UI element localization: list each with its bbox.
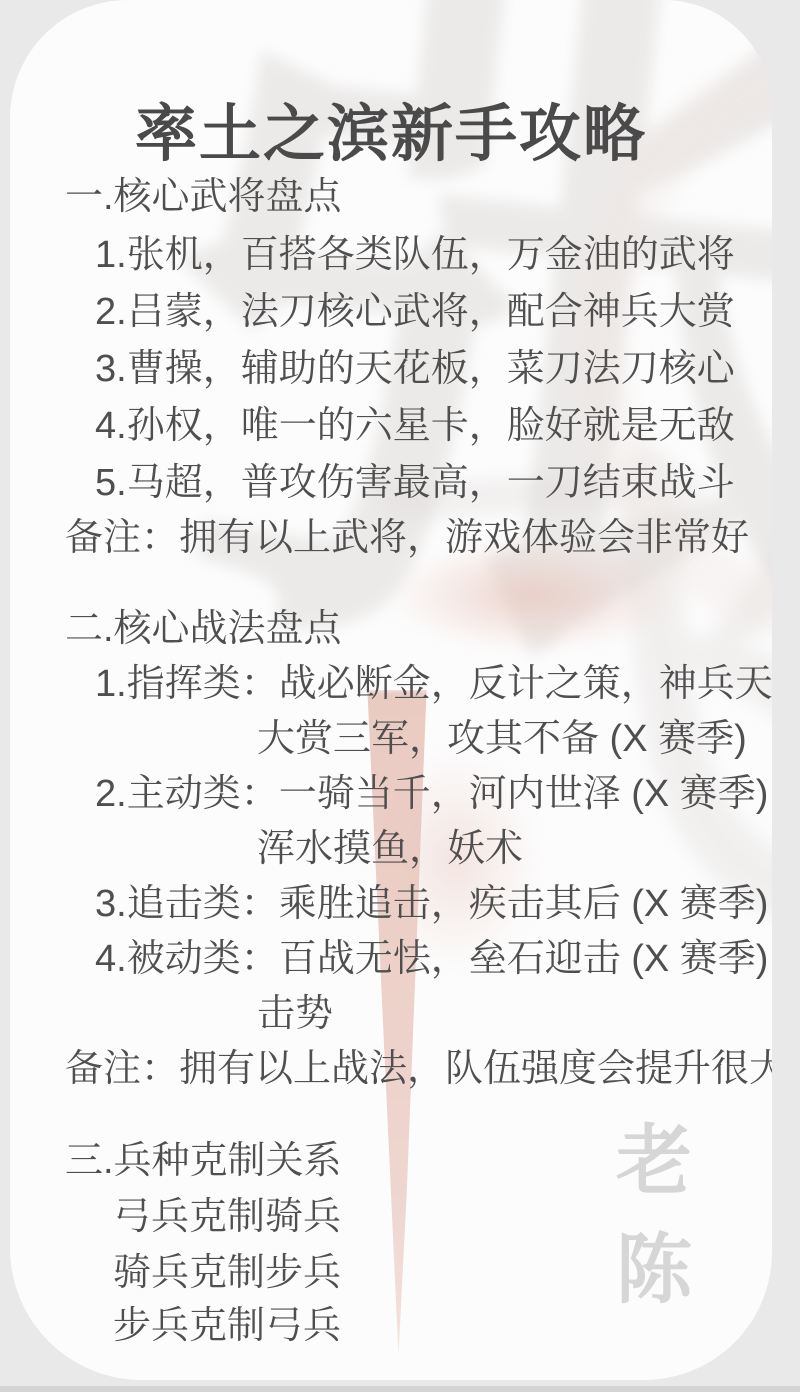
tactic-item: 4.被动类：百战无怯，垒石迎击 (X 赛季): [95, 936, 768, 982]
tactic-item-continuation: 大赏三军，攻其不备 (X 赛季): [257, 716, 747, 762]
section2-note: 备注：拥有以上战法，队伍强度会提升很大: [65, 1046, 772, 1092]
general-item: 1.张机，百搭各类队伍，万金油的武将: [95, 232, 735, 278]
general-item: 5.马超，普攻伤害最高，一刀结束战斗: [95, 460, 735, 506]
tactic-item: 1.指挥类：战必断金，反计之策，神兵天降: [95, 661, 772, 707]
tactic-item-continuation: 击势: [257, 991, 333, 1037]
tactic-item-continuation: 浑水摸鱼，妖术: [257, 826, 523, 872]
counter-item: 弓兵克制骑兵: [113, 1194, 341, 1240]
general-item: 2.吕蒙，法刀核心武将，配合神兵大赏: [95, 289, 735, 335]
content-card: 张 飞 老陈 率土之滨新手攻略 一.核心武将盘点 1.张机，百搭各类队伍，万金油…: [10, 0, 772, 1380]
section2-heading: 二.核心战法盘点: [65, 606, 342, 652]
counter-item: 步兵克制弓兵: [113, 1303, 341, 1349]
general-item: 4.孙权，唯一的六星卡，脸好就是无敌: [95, 403, 735, 449]
page-title: 率土之滨新手攻略: [10, 84, 772, 173]
section1-heading: 一.核心武将盘点: [65, 174, 342, 220]
section1-note: 备注：拥有以上武将，游戏体验会非常好: [65, 515, 749, 561]
counter-item: 骑兵克制步兵: [113, 1250, 341, 1296]
section3-heading: 三.兵种克制关系: [65, 1138, 342, 1184]
tactic-item: 2.主动类：一骑当千，河内世泽 (X 赛季): [95, 771, 768, 817]
bottom-edge-strip: [0, 1386, 800, 1392]
author-watermark: 老陈: [616, 1100, 772, 1318]
guide-image: 张 飞 老陈 率土之滨新手攻略 一.核心武将盘点 1.张机，百搭各类队伍，万金油…: [0, 0, 800, 1392]
general-item: 3.曹操，辅助的天花板，菜刀法刀核心: [95, 346, 735, 392]
tactic-item: 3.追击类：乘胜追击，疾击其后 (X 赛季): [95, 881, 768, 927]
